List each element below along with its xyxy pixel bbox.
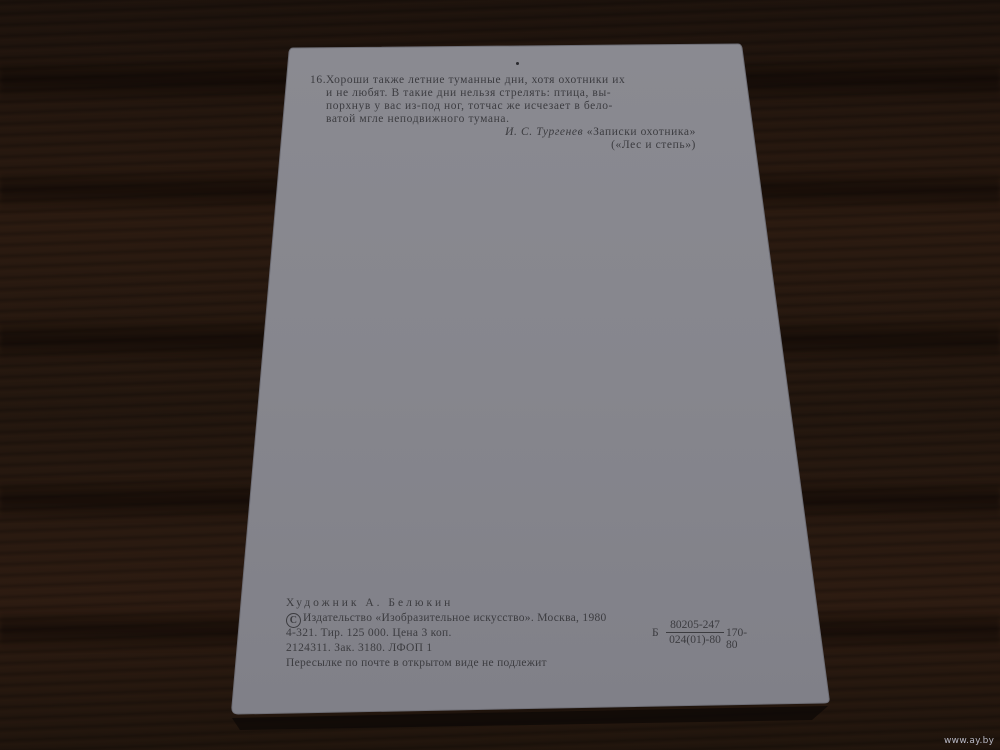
artist-credit: Художник А. Белюкин — [286, 596, 607, 611]
quote-author: И. С. Тургенев — [505, 126, 583, 138]
order-number: 2124311. Зак. 3180. ЛФОП 1 — [286, 641, 607, 656]
quote-line: ватой мгле неподвижного тумана. — [326, 113, 696, 126]
quote-line: порхнув у вас из-под ног, тотчас же исче… — [326, 100, 696, 113]
quote-block: 16. Хороши также летние туманные дни, хо… — [326, 74, 696, 152]
catalog-numerator: 80205-247 — [666, 619, 724, 633]
catalog-denominator: 024(01)-80 — [666, 633, 724, 647]
card-speck — [516, 62, 519, 65]
quote-work: «Записки охотника» — [587, 126, 696, 138]
quote-attribution: И. С. Тургенев «Записки охотника» — [326, 126, 696, 139]
quote-line: Хороши также летние туманные дни, хотя о… — [326, 74, 696, 87]
print-run: 4-321. Тир. 125 000. Цена 3 коп. — [286, 626, 607, 641]
imprint-block: Художник А. Белюкин CИздательство «Изобр… — [286, 596, 607, 671]
quote-chapter: («Лес и степь») — [326, 139, 696, 152]
watermark: www.ay.by — [944, 736, 994, 746]
quote-number: 16. — [310, 74, 326, 87]
quote-line: и не любят. В такие дни нельзя стрелять:… — [326, 87, 696, 100]
mail-notice: Пересылке по почте в открытом виде не по… — [286, 656, 607, 671]
catalog-suffix: 170-80 — [726, 627, 747, 651]
publisher: Издательство «Изобразительное искусство»… — [303, 612, 607, 624]
catalog-fraction: 80205-247 024(01)-80 — [666, 619, 724, 647]
publisher-line: CИздательство «Изобразительное искусство… — [286, 611, 607, 626]
catalog-prefix: Б — [652, 627, 659, 639]
